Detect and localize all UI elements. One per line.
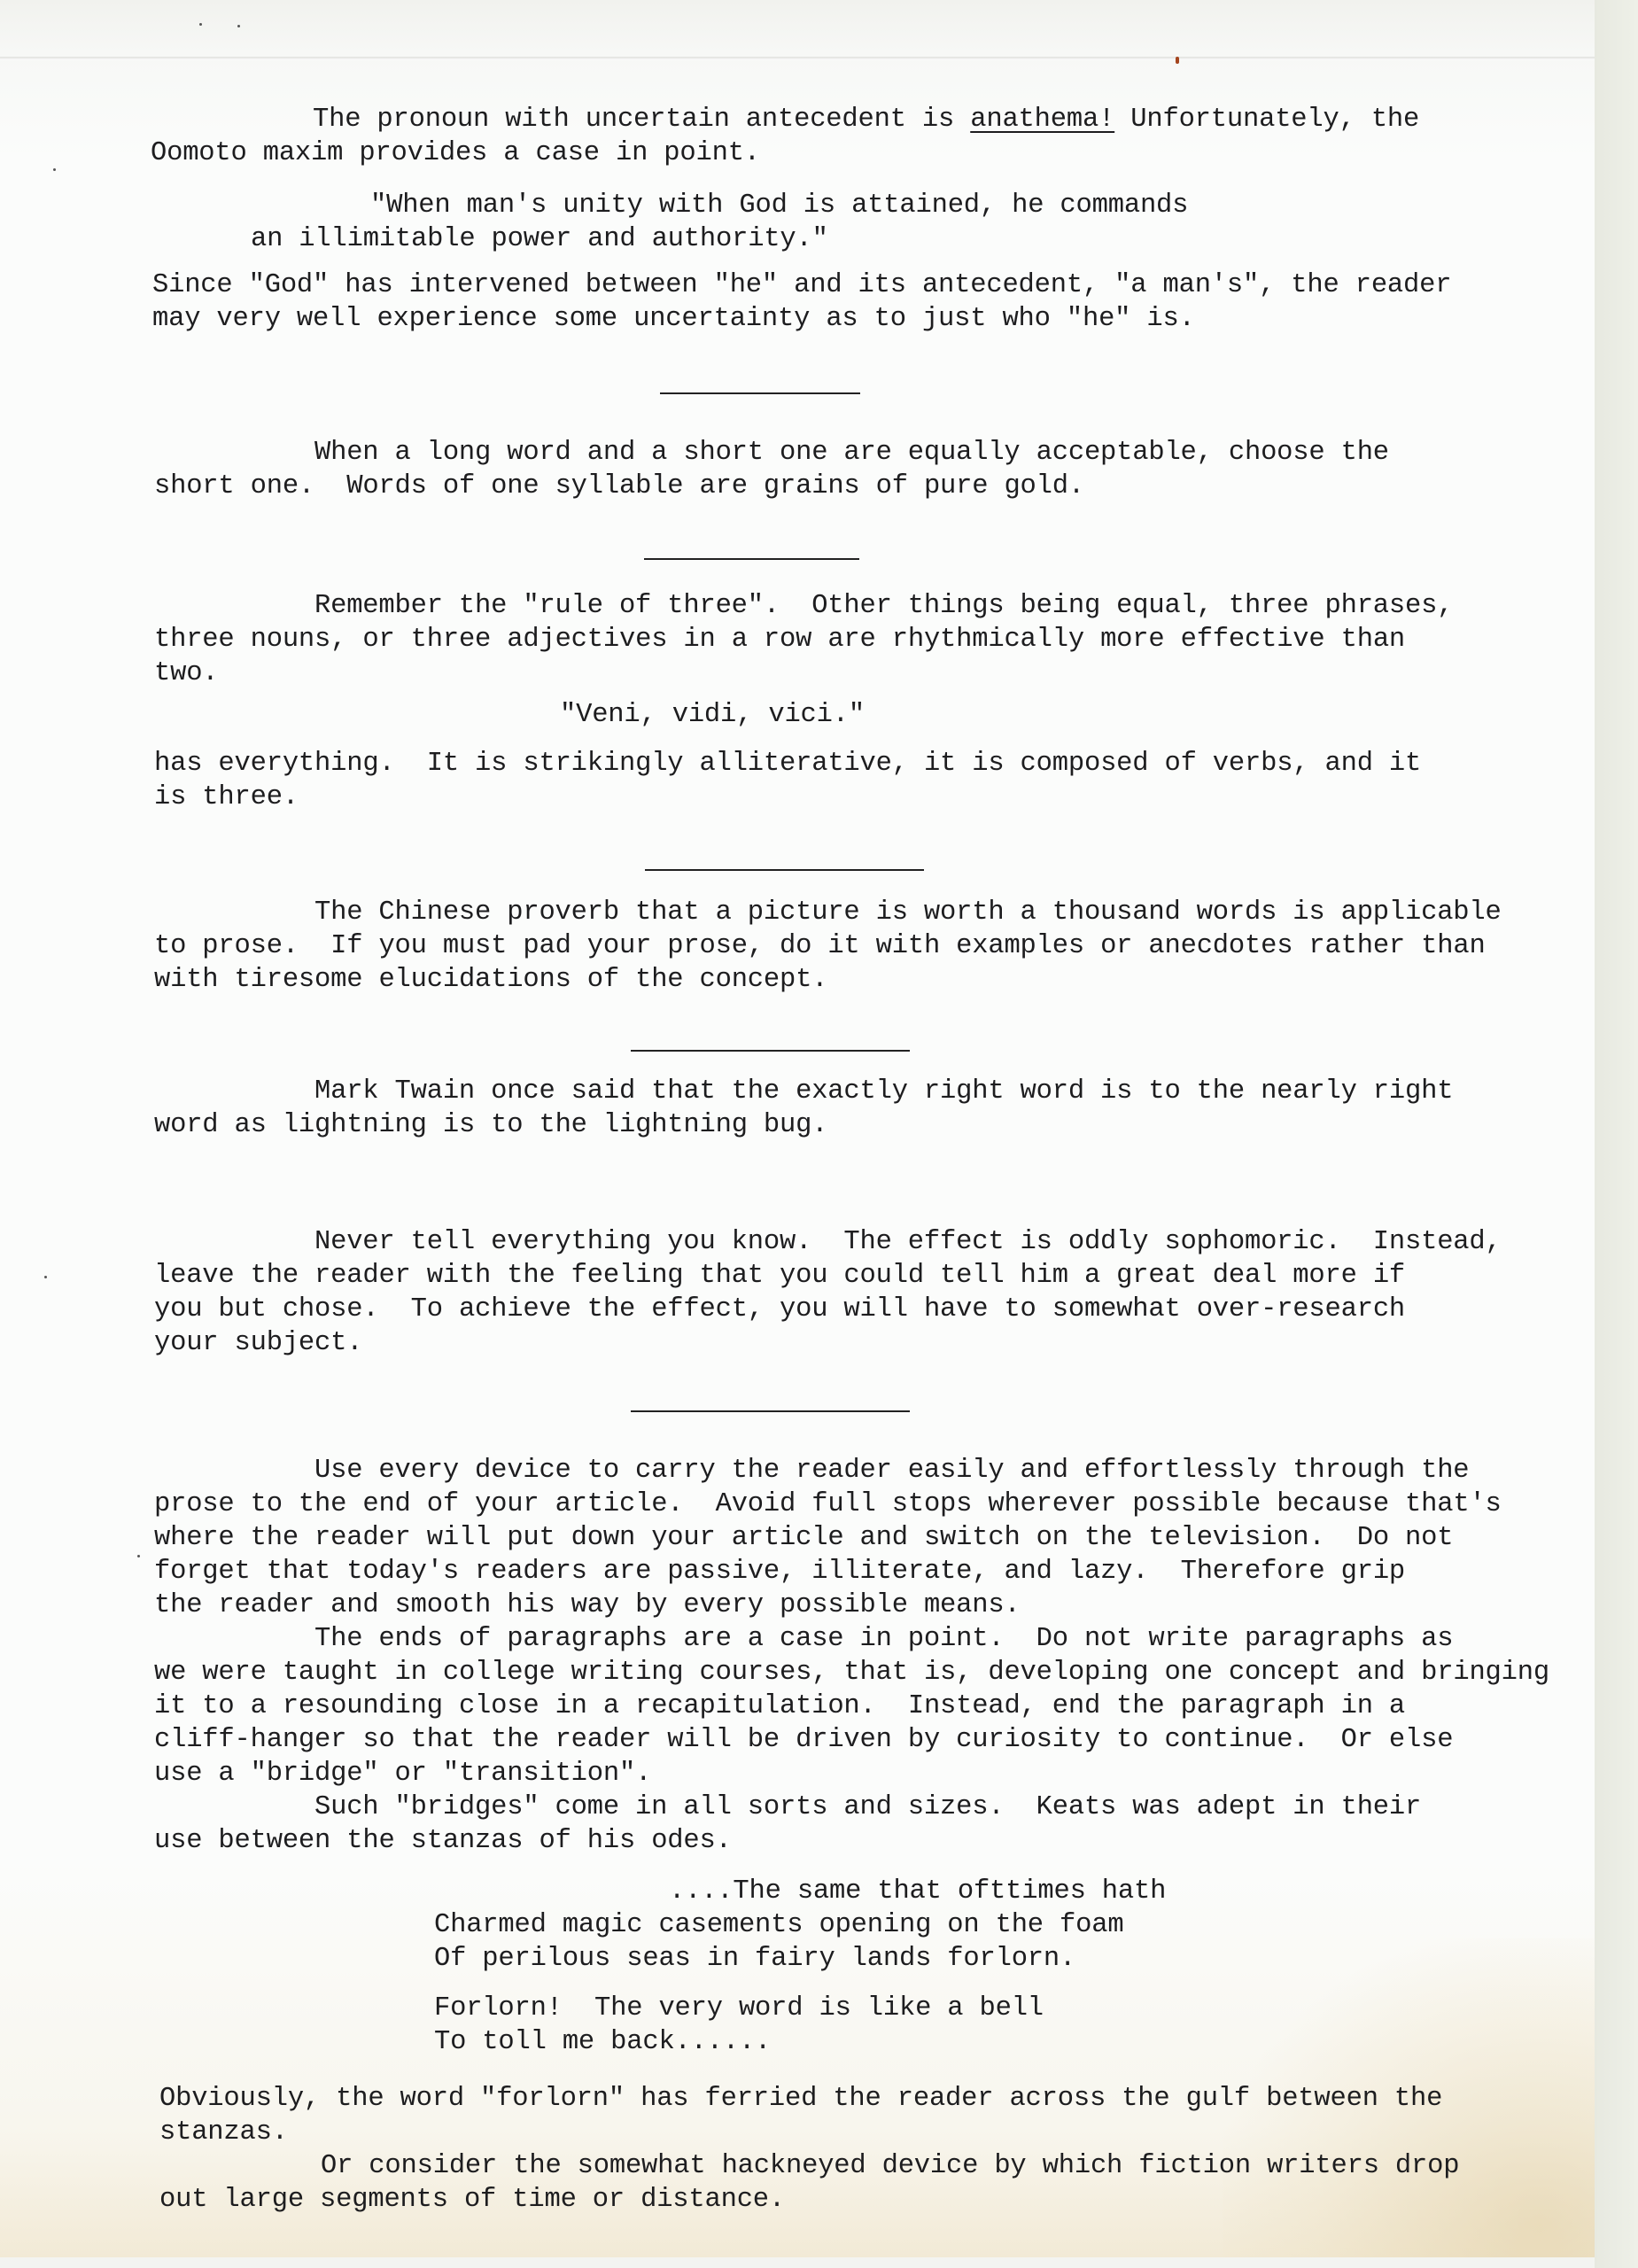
- underlined-word: anathema!: [970, 105, 1114, 135]
- poem-line: Of perilous seas in fairy lands forlorn.: [434, 1944, 1075, 1974]
- paragraph-line: cliff-hanger so that the reader will be …: [154, 1725, 1453, 1755]
- paragraph-line: is three.: [154, 782, 299, 812]
- paragraph-line: to prose. If you must pad your prose, do…: [154, 931, 1486, 961]
- speck: [44, 1276, 47, 1278]
- paragraph-line: short one. Words of one syllable are gra…: [154, 471, 1084, 501]
- speck: [199, 23, 202, 26]
- paragraph-line: three nouns, or three adjectives in a ro…: [154, 625, 1405, 655]
- paragraph-line: Use every device to carry the reader eas…: [314, 1456, 1469, 1486]
- section-divider: [631, 1050, 910, 1052]
- page-edge: [1595, 0, 1638, 2268]
- paragraph-line: where the reader will put down your arti…: [154, 1523, 1453, 1553]
- section-divider: [645, 869, 924, 871]
- speck: [53, 168, 56, 171]
- paragraph-line: has everything. It is strikingly alliter…: [154, 749, 1421, 779]
- paragraph-line: with tiresome elucidations of the concep…: [154, 965, 827, 995]
- paragraph-line: forget that today's readers are passive,…: [154, 1557, 1405, 1587]
- paragraph-line: out large segments of time or distance.: [159, 2185, 785, 2215]
- speck: [237, 25, 240, 27]
- paragraph-line: The ends of paragraphs are a case in poi…: [314, 1624, 1453, 1654]
- paragraph-line: Such "bridges" come in all sorts and siz…: [314, 1792, 1421, 1822]
- paragraph-line: your subject.: [154, 1328, 362, 1358]
- section-divider: [660, 392, 860, 394]
- quote-line: "When man's unity with God is attained, …: [370, 190, 1188, 221]
- quote-line: an illimitable power and authority.": [251, 224, 828, 254]
- paragraph-line: The pronoun with uncertain antecedent is…: [313, 105, 1419, 135]
- paragraph-line: Mark Twain once said that the exactly ri…: [314, 1076, 1453, 1107]
- document-body: The pronoun with uncertain antecedent is…: [0, 0, 32, 2259]
- paragraph-line: When a long word and a short one are equ…: [314, 438, 1389, 468]
- section-divider: [644, 558, 859, 560]
- paragraph-line: you but chose. To achieve the effect, yo…: [154, 1294, 1405, 1324]
- paragraph-line: word as lightning is to the lightning bu…: [154, 1110, 827, 1140]
- paragraph-line: leave the reader with the feeling that y…: [154, 1261, 1405, 1291]
- paragraph-line: Since "God" has intervened between "he" …: [152, 270, 1451, 300]
- poem-line: ....The same that ofttimes hath: [669, 1876, 1166, 1907]
- paragraph-line: the reader and smooth his way by every p…: [154, 1590, 1021, 1620]
- paragraph-line: The Chinese proverb that a picture is wo…: [314, 897, 1502, 928]
- paragraph-line: Oomoto maxim provides a case in point.: [151, 138, 760, 168]
- speck: [137, 1555, 140, 1557]
- paragraph-line: use a "bridge" or "transition".: [154, 1759, 651, 1789]
- paragraph-line: we were taught in college writing course…: [154, 1658, 1549, 1688]
- paragraph-line: stanzas.: [159, 2117, 288, 2148]
- paragraph-line: Never tell everything you know. The effe…: [314, 1227, 1502, 1257]
- poem-line: To toll me back......: [434, 2027, 771, 2057]
- paragraph-line: it to a resounding close in a recapitula…: [154, 1691, 1405, 1721]
- section-divider: [631, 1410, 910, 1412]
- paragraph-line: prose to the end of your article. Avoid …: [154, 1489, 1502, 1519]
- poem-line: Forlorn! The very word is like a bell: [434, 1993, 1044, 2023]
- paper-fold: [0, 57, 1595, 60]
- paragraph-line: Obviously, the word "forlorn" has ferrie…: [159, 2084, 1442, 2114]
- paragraph-line: may very well experience some uncertaint…: [152, 304, 1195, 334]
- paragraph-line: Remember the "rule of three". Other thin…: [314, 591, 1453, 621]
- paragraph-line: two.: [154, 658, 218, 688]
- quote-line: "Veni, vidi, vici.": [560, 700, 865, 730]
- paragraph-line: use between the stanzas of his odes.: [154, 1826, 732, 1856]
- poem-line: Charmed magic casements opening on the f…: [434, 1910, 1123, 1940]
- paragraph-line: Or consider the somewhat hackneyed devic…: [321, 2151, 1459, 2181]
- ink-mark: [1176, 57, 1179, 64]
